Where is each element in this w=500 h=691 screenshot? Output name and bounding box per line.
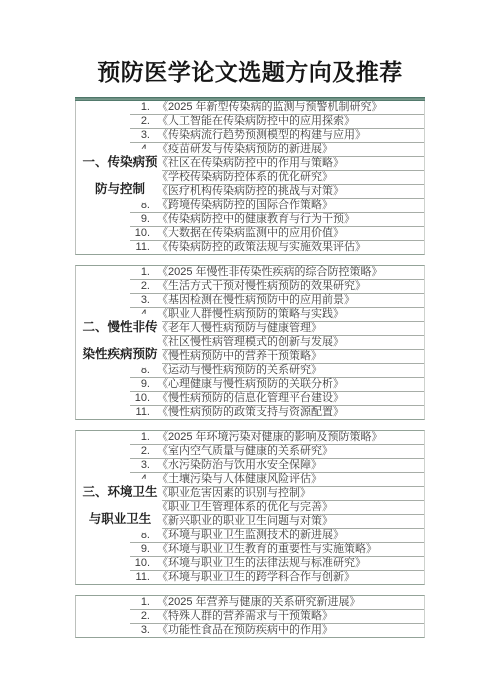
topic-row: 9.《环境与职业卫生教育的重要性与实施策略》 [130,543,424,557]
topic-title: 《社区在传染病防控中的作用与策略》 [157,157,344,170]
topic-row: 1.《2025 年慢性非传染性疾病的综合防控策略》 [130,266,424,280]
topic-number: 2. [130,445,150,458]
topic-row: 4.《疫苗研发与传染病预防的新进展》 [130,143,424,157]
topic-title: 《2025 年环境污染对健康的影响及预防策略》 [157,431,383,444]
topic-row: 5.《职业危害因素的识别与控制》 [130,487,424,501]
topic-number: 3. [130,294,150,307]
section-label: 二、慢性非传染性疾病预防 [78,313,162,367]
topic-number: 9. [130,378,150,391]
topic-number: 2. [130,115,150,128]
topic-title: 《2025 年营养与健康的关系研究新进展》 [157,596,361,609]
topic-title: 《环境与职业卫生的法律法规与标准研究》 [157,557,366,570]
topic-row: 1.《2025 年环境污染对健康的影响及预防策略》 [130,431,424,445]
topic-number: 1. [130,101,150,114]
topic-title: 《跨境传染病防控的国际合作策略》 [157,199,333,212]
topic-title: 《2025 年新型传染病的监测与预警机制研究》 [157,101,383,114]
topic-title: 《环境与职业卫生的跨学科合作与创新》 [157,571,355,584]
topic-title: 《环境与职业卫生监测技术的新进展》 [157,529,344,542]
topic-title: 《传染病流行趋势预测模型的构建与应用》 [157,129,366,142]
topic-title: 《慢性病预防中的营养干预策略》 [157,350,322,363]
section-table-environmental-occupational-health: 三、环境卫生与职业卫生 1.《2025 年环境污染对健康的影响及预防策略》2.《… [75,430,425,585]
topic-number: 9. [130,543,150,556]
topic-number: 1. [130,596,150,609]
topic-row: 4.《职业人群慢性病预防的策略与实践》 [130,308,424,322]
topic-number: 3. [130,459,150,472]
topic-title: 《人工智能在传染病防控中的应用探索》 [157,115,355,128]
topic-title: 《慢性病预防的政策支持与资源配置》 [157,406,344,419]
topic-title: 《传染病防控的政策法规与实施效果评估》 [157,241,366,254]
topic-row: 7.《新兴职业的职业卫生问题与对策》 [130,515,424,529]
topic-number: 11. [130,406,150,419]
topic-row: 3.《基因检测在慢性病预防中的应用前景》 [130,294,424,308]
topic-number: 3. [130,129,150,142]
page-title: 预防医学论文选题方向及推荐 [75,0,425,88]
topic-row: 7.《慢性病预防中的营养干预策略》 [130,350,424,364]
topic-row: 9.《心理健康与慢性病预防的关联分析》 [130,378,424,392]
topic-number: 2. [130,610,150,623]
topic-row: 4.《土壤污染与人体健康风险评估》 [130,473,424,487]
topic-row: 2.《生活方式干预对慢性病预防的效果研究》 [130,280,424,294]
topic-title: 《土壤污染与人体健康风险评估》 [157,473,322,486]
topic-row: 3.《水污染防治与饮用水安全保障》 [130,459,424,473]
topic-title: 《功能性食品在预防疾病中的作用》 [157,624,333,637]
topic-row: 10.《慢性病预防的信息化管理平台建设》 [130,392,424,406]
topic-row: 11.《传染病防控的政策法规与实施效果评估》 [130,241,424,254]
section-table-infectious-disease: 一、传染病预防与控制 1.《2025 年新型传染病的监测与预警机制研究》2.《人… [75,101,425,255]
topic-row: 5.《老年人慢性病预防与健康管理》 [130,322,424,336]
document-page: 预防医学论文选题方向及推荐 一、传染病预防与控制 1.《2025 年新型传染病的… [75,0,425,638]
topic-row: 6.《社区慢性病管理模式的创新与发展》 [130,336,424,350]
topic-number: 11. [130,241,150,254]
topic-title: 《社区慢性病管理模式的创新与发展》 [157,336,344,349]
topic-row: 8.《运动与慢性病预防的关系研究》 [130,364,424,378]
topic-title: 《传染病防控中的健康教育与行为干预》 [157,213,355,226]
topic-row: 5.《社区在传染病防控中的作用与策略》 [130,157,424,171]
topic-number: 9. [130,213,150,226]
topic-number: 11. [130,571,150,584]
topic-number: 10. [130,227,150,240]
topic-title: 《职业卫生管理体系的优化与完善》 [157,501,333,514]
topic-title: 《学校传染病防控体系的优化研究》 [157,171,333,184]
topic-title: 《老年人慢性病预防与健康管理》 [157,322,322,335]
topic-row: 11.《环境与职业卫生的跨学科合作与创新》 [130,571,424,584]
topic-row: 7.《医疗机构传染病防控的挑战与对策》 [130,185,424,199]
topic-row: 6.《职业卫生管理体系的优化与完善》 [130,501,424,515]
topic-row: 9.《传染病防控中的健康教育与行为干预》 [130,213,424,227]
topic-row: 2.《室内空气质量与健康的关系研究》 [130,445,424,459]
topic-row: 1.《2025 年新型传染病的监测与预警机制研究》 [130,101,424,115]
topic-title: 《2025 年慢性非传染性疾病的综合防控策略》 [157,266,383,279]
section-label: 三、环境卫生与职业卫生 [78,478,162,532]
topic-title: 《慢性病预防的信息化管理平台建设》 [157,392,344,405]
topic-title: 《职业危害因素的识别与控制》 [157,487,311,500]
topic-row: 8.《跨境传染病防控的国际合作策略》 [130,199,424,213]
topic-number: 10. [130,557,150,570]
topic-title: 《运动与慢性病预防的关系研究》 [157,364,322,377]
topic-row: 11.《慢性病预防的政策支持与资源配置》 [130,406,424,419]
topic-title: 《疫苗研发与传染病预防的新进展》 [157,143,333,156]
topic-title: 《特殊人群的营养需求与干预策略》 [157,610,333,623]
topic-row: 1.《2025 年营养与健康的关系研究新进展》 [130,596,424,610]
topic-title: 《环境与职业卫生教育的重要性与实施策略》 [157,543,377,556]
topic-title: 《基因检测在慢性病预防中的应用前景》 [157,294,355,307]
topic-row: 2.《人工智能在传染病防控中的应用探索》 [130,115,424,129]
topic-number: 3. [130,624,150,637]
topic-row: 3.《传染病流行趋势预测模型的构建与应用》 [130,129,424,143]
topic-row: 6.《学校传染病防控体系的优化研究》 [130,171,424,185]
topic-title: 《医疗机构传染病防控的挑战与对策》 [157,185,344,198]
topic-number: 1. [130,266,150,279]
topic-title: 《职业人群慢性病预防的策略与实践》 [157,308,344,321]
topic-title: 《大数据在传染病监测中的应用价值》 [157,227,344,240]
topic-title: 《新兴职业的职业卫生问题与对策》 [157,515,333,528]
topic-row: 2.《特殊人群的营养需求与干预策略》 [130,610,424,624]
topic-row: 8.《环境与职业卫生监测技术的新进展》 [130,529,424,543]
section-label: 一、传染病预防与控制 [78,148,162,202]
topic-row: 3.《功能性食品在预防疾病中的作用》 [130,624,424,637]
topic-rows: 1.《2025 年营养与健康的关系研究新进展》2.《特殊人群的营养需求与干预策略… [76,596,424,637]
topic-number: 2. [130,280,150,293]
section-table-nutrition: 1.《2025 年营养与健康的关系研究新进展》2.《特殊人群的营养需求与干预策略… [75,595,425,638]
topic-title: 《生活方式干预对慢性病预防的效果研究》 [157,280,366,293]
topic-row: 10.《大数据在传染病监测中的应用价值》 [130,227,424,241]
section-table-chronic-disease: 二、慢性非传染性疾病预防 1.《2025 年慢性非传染性疾病的综合防控策略》2.… [75,265,425,420]
topic-title: 《水污染防治与饮用水安全保障》 [157,459,322,472]
topic-title: 《心理健康与慢性病预防的关联分析》 [157,378,344,391]
topic-title: 《室内空气质量与健康的关系研究》 [157,445,333,458]
topic-number: 1. [130,431,150,444]
topic-row: 10.《环境与职业卫生的法律法规与标准研究》 [130,557,424,571]
topic-number: 10. [130,392,150,405]
